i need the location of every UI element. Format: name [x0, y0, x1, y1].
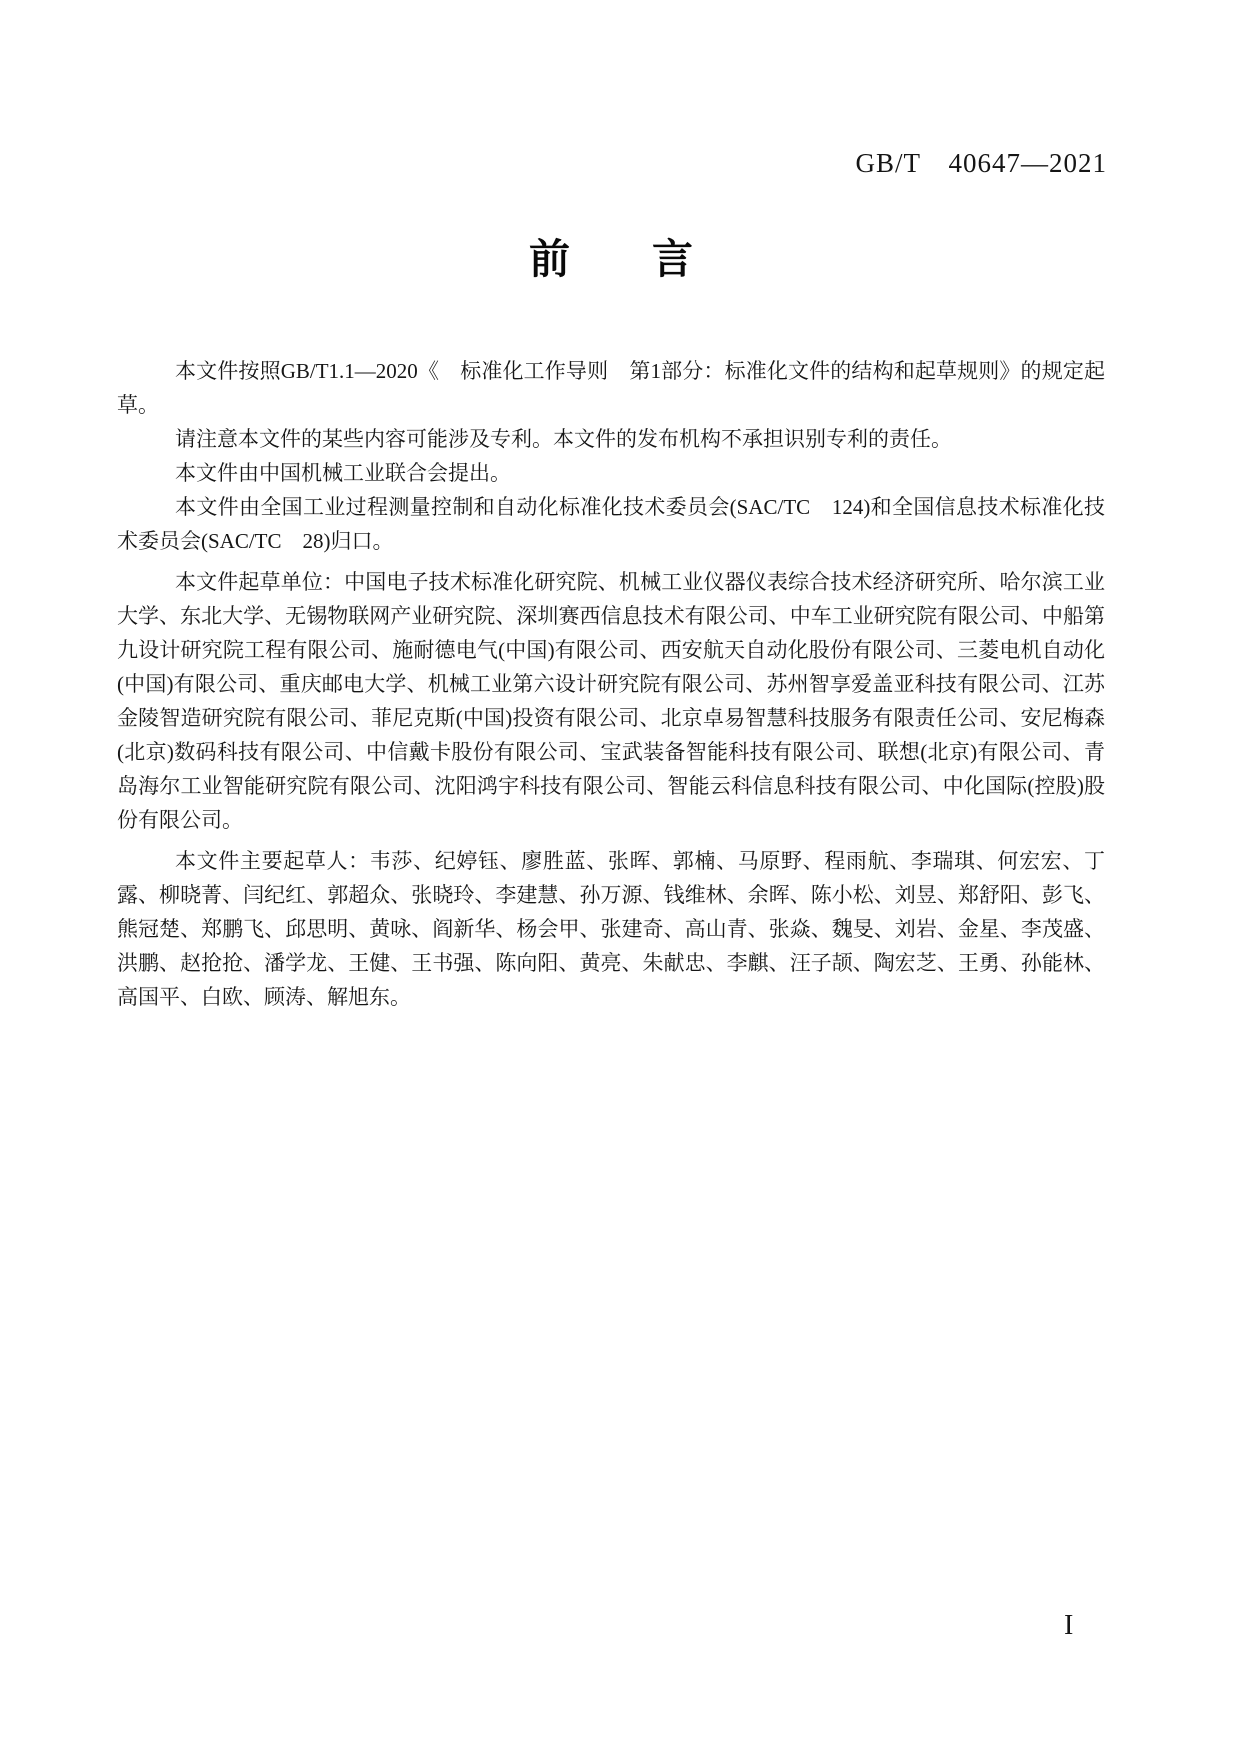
page-title-foreword: 前 言 [117, 226, 1105, 285]
page-number: I [1064, 1610, 1073, 1642]
standard-code-header: GB/T 40647—2021 [855, 141, 1107, 180]
standard-document-page: GB/T 40647—2021 前 言 本文件按照GB/T1.1—2020《 标… [0, 0, 1240, 1755]
paragraph-drafting-rule: 本文件按照GB/T1.1—2020《 标准化工作导则 第1部分：标准化文件的结构… [117, 354, 1105, 422]
paragraph-main-drafters: 本文件主要起草人：韦莎、纪婷钰、廖胜蓝、张晖、郭楠、马原野、程雨航、李瑞琪、何宏… [117, 844, 1105, 1014]
foreword-body: 本文件按照GB/T1.1—2020《 标准化工作导则 第1部分：标准化文件的结构… [117, 354, 1105, 1014]
paragraph-jurisdiction: 本文件由全国工业过程测量控制和自动化标准化技术委员会(SAC/TC 124)和全… [117, 490, 1105, 558]
paragraph-patent-notice: 请注意本文件的某些内容可能涉及专利。本文件的发布机构不承担识别专利的责任。 [117, 422, 1105, 456]
paragraph-drafting-organizations: 本文件起草单位：中国电子技术标准化研究院、机械工业仪器仪表综合技术经济研究所、哈… [117, 565, 1105, 837]
paragraph-proposed-by: 本文件由中国机械工业联合会提出。 [117, 456, 1105, 490]
